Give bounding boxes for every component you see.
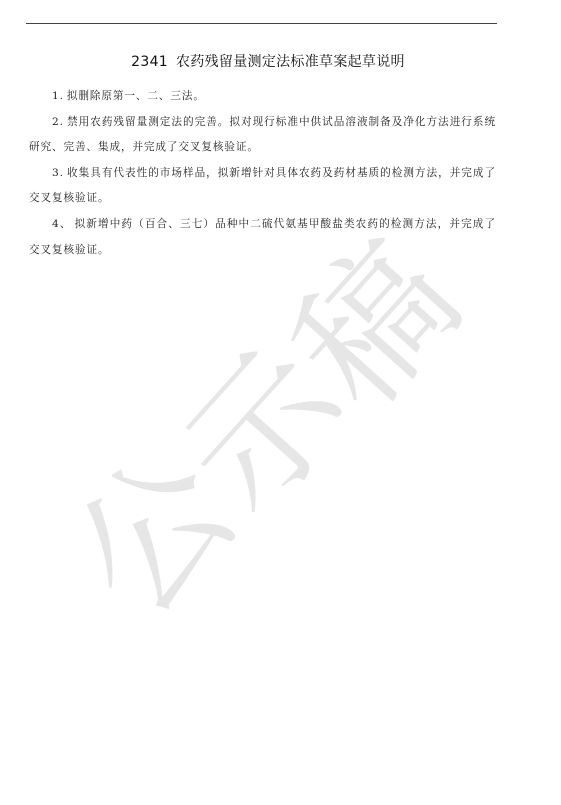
title-text: 农药残留量测定法标准草案起草说明 <box>176 54 405 70</box>
paragraph-text: 禁用农药残留量测定法的完善。拟对现行标准中供试品溶液制备及净化方法进行系统研究、… <box>29 116 496 154</box>
paragraph-text: 拟新增中药（百合、三七）品种中二硫代氨基甲酸盐类农药的检测方法，并完成了交叉复核… <box>29 218 496 256</box>
paragraph-number: 4、 <box>52 218 72 230</box>
paragraph-1: 1.拟删除原第一、二、三法。 <box>29 84 496 110</box>
document-body: 1.拟删除原第一、二、三法。 2.禁用农药残留量测定法的完善。拟对现行标准中供试… <box>29 84 496 263</box>
watermark: 公 示 稿 <box>40 250 560 670</box>
paragraph-4: 4、拟新增中药（百合、三七）品种中二硫代氨基甲酸盐类农药的检测方法，并完成了交叉… <box>29 212 496 263</box>
paragraph-3: 3.收集具有代表性的市场样品，拟新增针对具体农药及药材基质的检测方法，并完成了交… <box>29 161 496 212</box>
title-number: 2341 <box>131 54 168 70</box>
paragraph-number: 2. <box>52 116 64 128</box>
header-rule <box>26 23 497 24</box>
watermark-char: 示 <box>159 324 371 536</box>
page-title: 2341农药残留量测定法标准草案起草说明 <box>0 52 536 72</box>
paragraph-text: 拟删除原第一、二、三法。 <box>67 90 205 102</box>
paragraph-2: 2.禁用农药残留量测定法的完善。拟对现行标准中供试品溶液制备及净化方法进行系统研… <box>29 110 496 161</box>
watermark-char: 公 <box>49 429 261 641</box>
paragraph-text: 收集具有代表性的市场样品，拟新增针对具体农药及药材基质的检测方法，并完成了交叉复… <box>29 167 496 205</box>
paragraph-number: 3. <box>52 167 64 179</box>
paragraph-number: 1. <box>52 90 64 102</box>
